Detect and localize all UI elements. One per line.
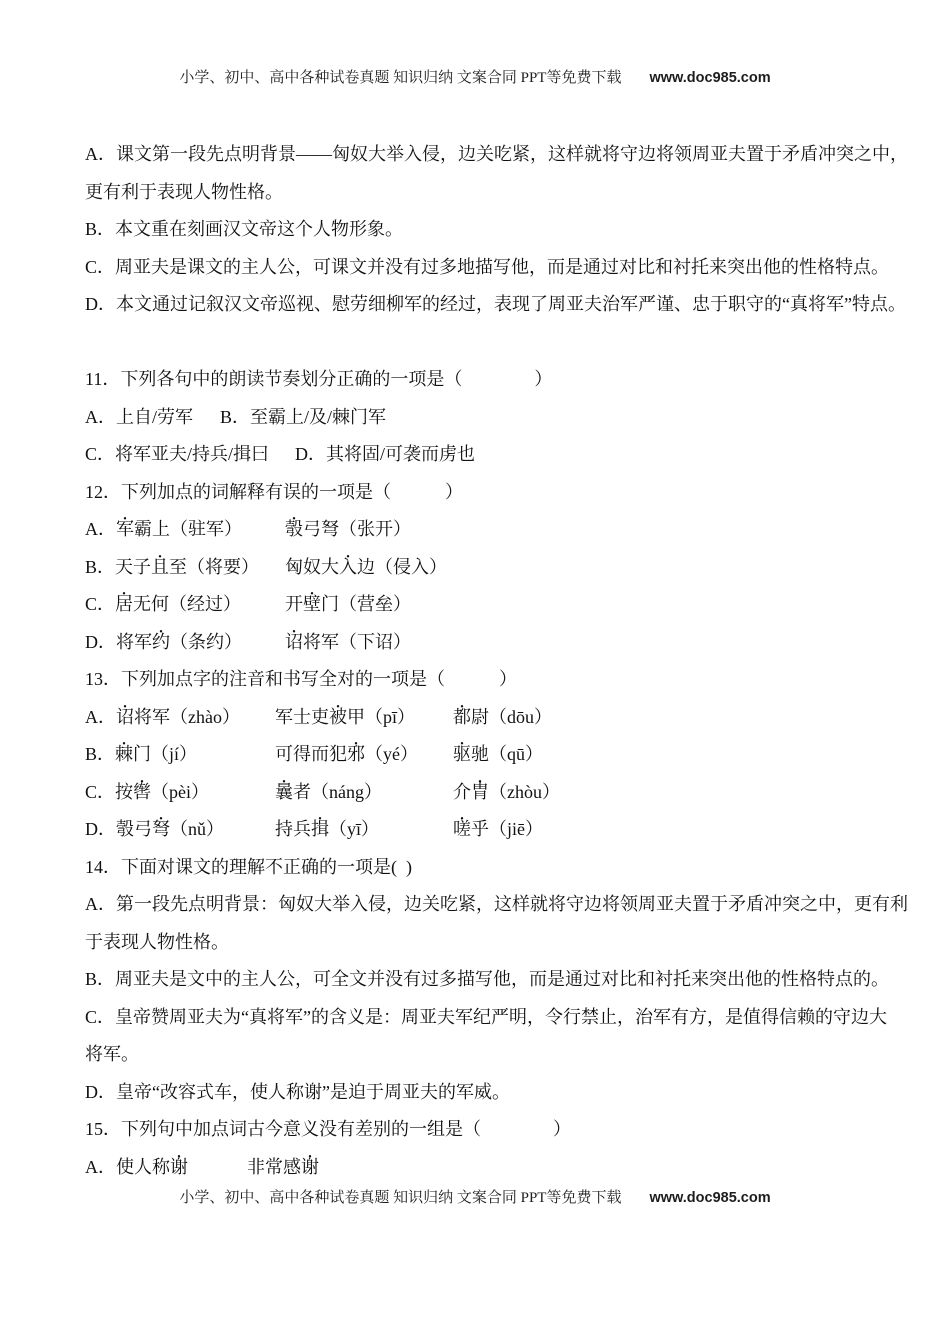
text-line: D．彀弓弩（nǔ）持兵揖（yī）嗟乎（jiē） — [85, 811, 900, 849]
emphasis-dot-char: 弩 — [152, 819, 170, 839]
text-chunk: 11．下列各句中的朗读节奏划分正确的一项是（ ） — [85, 361, 552, 399]
text-chunk: 于表现人物性格。 — [85, 924, 229, 962]
text-chunk: 更有利于表现人物性格。 — [85, 174, 283, 212]
header-url: www.doc985.com — [649, 70, 770, 86]
text-chunk: 开壁门（营垒） — [285, 586, 411, 624]
emphasis-dot-char: 谢 — [301, 1157, 319, 1177]
page-header: 小学、初中、高中各种试卷真题 知识归纳 文案合同 PPT等免费下载www.doc… — [0, 66, 950, 87]
text-chunk: 15．下列句中加点词古今意义没有差别的一组是（ ） — [85, 1111, 571, 1149]
emphasis-dot-char: 揖 — [311, 819, 329, 839]
text-line: A．上自/劳军B．至霸上/及/棘门军 — [85, 399, 900, 437]
text-chunk: 非常感谢 — [247, 1149, 319, 1187]
footer-text: 小学、初中、高中各种试卷真题 知识归纳 文案合同 PPT等免费下载 — [179, 1190, 621, 1206]
text-chunk: C．居无何（经过） — [85, 586, 285, 624]
text-chunk: 12．下列加点的词解释有误的一项是（ ） — [85, 474, 463, 512]
text-line: D．本文通过记叙汉文帝巡视、慰劳细柳军的经过，表现了周亚夫治军严谨、忠于职守的“… — [85, 286, 900, 324]
text-line: A．第一段先点明背景：匈奴大举入侵，边关吃紧，这样就将守边将领周亚夫置于矛盾冲突… — [85, 886, 900, 924]
text-chunk: 都尉（dōu） — [453, 699, 552, 737]
text-chunk: 匈奴大入边（侵入） — [285, 549, 447, 587]
emphasis-dot-char: 驱 — [453, 744, 471, 764]
text-line: B．周亚夫是文中的主人公，可全文并没有过多描写他，而是通过对比和衬托来突出他的性… — [85, 961, 900, 999]
emphasis-dot-char: 曩 — [275, 782, 293, 802]
text-chunk: 介胄（zhòu） — [453, 774, 560, 812]
emphasis-dot-char: 都 — [453, 707, 471, 727]
text-chunk: A．上自/劳军 — [85, 399, 220, 437]
emphasis-dot-char: 嗟 — [453, 819, 471, 839]
text-line: 13．下列加点字的注音和书写全对的一项是（ ） — [85, 661, 900, 699]
text-line: A．军霸上（驻军）彀弓弩（张开） — [85, 511, 900, 549]
text-chunk: 13．下列加点字的注音和书写全对的一项是（ ） — [85, 661, 517, 699]
text-chunk: 彀弓弩（张开） — [285, 511, 411, 549]
text-chunk: B．棘门（jí） — [85, 736, 275, 774]
text-line: 14．下面对课文的理解不正确的一项是( ) — [85, 849, 900, 887]
text-line: 15．下列句中加点词古今意义没有差别的一组是（ ） — [85, 1111, 900, 1149]
text-line: 将军。 — [85, 1036, 900, 1074]
emphasis-dot-char: 辔 — [133, 782, 151, 802]
text-chunk: B．周亚夫是文中的主人公，可全文并没有过多描写他，而是通过对比和衬托来突出他的性… — [85, 961, 889, 999]
emphasis-dot-char: 入 — [339, 557, 357, 577]
text-line: B．天子且至（将要）匈奴大入边（侵入） — [85, 549, 900, 587]
footer-url: www.doc985.com — [649, 1190, 770, 1206]
text-chunk: D．本文通过记叙汉文帝巡视、慰劳细柳军的经过，表现了周亚夫治军严谨、忠于职守的“… — [85, 286, 906, 324]
text-chunk: C．皇帝赞周亚夫为“真将军”的含义是：周亚夫军纪严明，令行禁止，治军有方，是值得… — [85, 999, 887, 1037]
text-chunk: B．天子且至（将要） — [85, 549, 285, 587]
text-chunk: 将军。 — [85, 1036, 139, 1074]
text-chunk: 驱驰（qū） — [453, 736, 543, 774]
emphasis-dot-char: 且 — [151, 557, 169, 577]
text-line: C．居无何（经过）开壁门（营垒） — [85, 586, 900, 624]
text-chunk: B．本文重在刻画汉文帝这个人物形象。 — [85, 211, 403, 249]
header-text: 小学、初中、高中各种试卷真题 知识归纳 文案合同 PPT等免费下载 — [179, 70, 621, 86]
text-line: 更有利于表现人物性格。 — [85, 174, 900, 212]
text-chunk: A．课文第一段先点明背景——匈奴大举入侵，边关吃紧，这样就将守边将领周亚夫置于矛… — [85, 136, 908, 174]
text-chunk: C．按辔（pèi） — [85, 774, 275, 812]
emphasis-dot-char: 彀 — [285, 519, 303, 539]
text-line: 于表现人物性格。 — [85, 924, 900, 962]
text-chunk: D．将军约（条约） — [85, 624, 285, 662]
text-line: D．将军约（条约）诏将军（下诏） — [85, 624, 900, 662]
emphasis-dot-char: 胄 — [471, 782, 489, 802]
emphasis-dot-char: 约 — [152, 632, 170, 652]
text-chunk: D．彀弓弩（nǔ） — [85, 811, 275, 849]
emphasis-dot-char: 诏 — [285, 632, 303, 652]
blank-line — [85, 324, 900, 362]
text-chunk: D．皇帝“改容式车，使人称谢”是迫于周亚夫的军威。 — [85, 1074, 510, 1112]
text-line: A．使人称谢非常感谢 — [85, 1149, 900, 1187]
text-line: D．皇帝“改容式车，使人称谢”是迫于周亚夫的军威。 — [85, 1074, 900, 1112]
text-chunk: B．至霸上/及/棘门军 — [220, 399, 386, 437]
emphasis-dot-char: 居 — [115, 594, 133, 614]
text-chunk: D．其将固/可袭而虏也 — [295, 436, 475, 474]
text-chunk: 曩者（náng） — [275, 774, 453, 812]
emphasis-dot-char: 棘 — [115, 744, 133, 764]
text-chunk: A．诏将军（zhào） — [85, 699, 275, 737]
text-line: A．诏将军（zhào）军士吏被甲（pī）都尉（dōu） — [85, 699, 900, 737]
emphasis-dot-char: 被 — [329, 707, 347, 727]
text-chunk: 可得而犯邪（yé） — [275, 736, 453, 774]
text-chunk: 诏将军（下诏） — [285, 624, 411, 662]
text-chunk: 持兵揖（yī） — [275, 811, 453, 849]
text-chunk: 军士吏被甲（pī） — [275, 699, 453, 737]
text-line: C．周亚夫是课文的主人公，可课文并没有过多地描写他，而是通过对比和衬托来突出他的… — [85, 249, 900, 287]
text-chunk: A．第一段先点明背景：匈奴大举入侵，边关吃紧，这样就将守边将领周亚夫置于矛盾冲突… — [85, 886, 908, 924]
text-chunk: 嗟乎（jiē） — [453, 811, 543, 849]
text-line: 12．下列加点的词解释有误的一项是（ ） — [85, 474, 900, 512]
emphasis-dot-char: 诏 — [116, 707, 134, 727]
text-chunk: C．将军亚夫/持兵/揖曰 — [85, 436, 295, 474]
text-chunk: A．使人称谢 — [85, 1149, 247, 1187]
page-footer: 小学、初中、高中各种试卷真题 知识归纳 文案合同 PPT等免费下载www.doc… — [0, 1186, 950, 1207]
emphasis-dot-char: 壁 — [303, 594, 321, 614]
emphasis-dot-char: 邪 — [347, 744, 365, 764]
text-chunk: 14．下面对课文的理解不正确的一项是( ) — [85, 849, 412, 887]
emphasis-dot-char: 谢 — [170, 1157, 188, 1177]
text-chunk: A．军霸上（驻军） — [85, 511, 285, 549]
text-line: B．本文重在刻画汉文帝这个人物形象。 — [85, 211, 900, 249]
text-line: C．将军亚夫/持兵/揖曰D．其将固/可袭而虏也 — [85, 436, 900, 474]
emphasis-dot-char: 军 — [116, 519, 134, 539]
text-line: 11．下列各句中的朗读节奏划分正确的一项是（ ） — [85, 361, 900, 399]
text-line: C．皇帝赞周亚夫为“真将军”的含义是：周亚夫军纪严明，令行禁止，治军有方，是值得… — [85, 999, 900, 1037]
document-body: A．课文第一段先点明背景——匈奴大举入侵，边关吃紧，这样就将守边将领周亚夫置于矛… — [85, 136, 900, 1186]
document-page: 小学、初中、高中各种试卷真题 知识归纳 文案合同 PPT等免费下载www.doc… — [0, 0, 950, 1344]
text-line: B．棘门（jí）可得而犯邪（yé）驱驰（qū） — [85, 736, 900, 774]
text-chunk: C．周亚夫是课文的主人公，可课文并没有过多地描写他，而是通过对比和衬托来突出他的… — [85, 249, 889, 287]
text-line: A．课文第一段先点明背景——匈奴大举入侵，边关吃紧，这样就将守边将领周亚夫置于矛… — [85, 136, 900, 174]
text-line: C．按辔（pèi）曩者（náng）介胄（zhòu） — [85, 774, 900, 812]
